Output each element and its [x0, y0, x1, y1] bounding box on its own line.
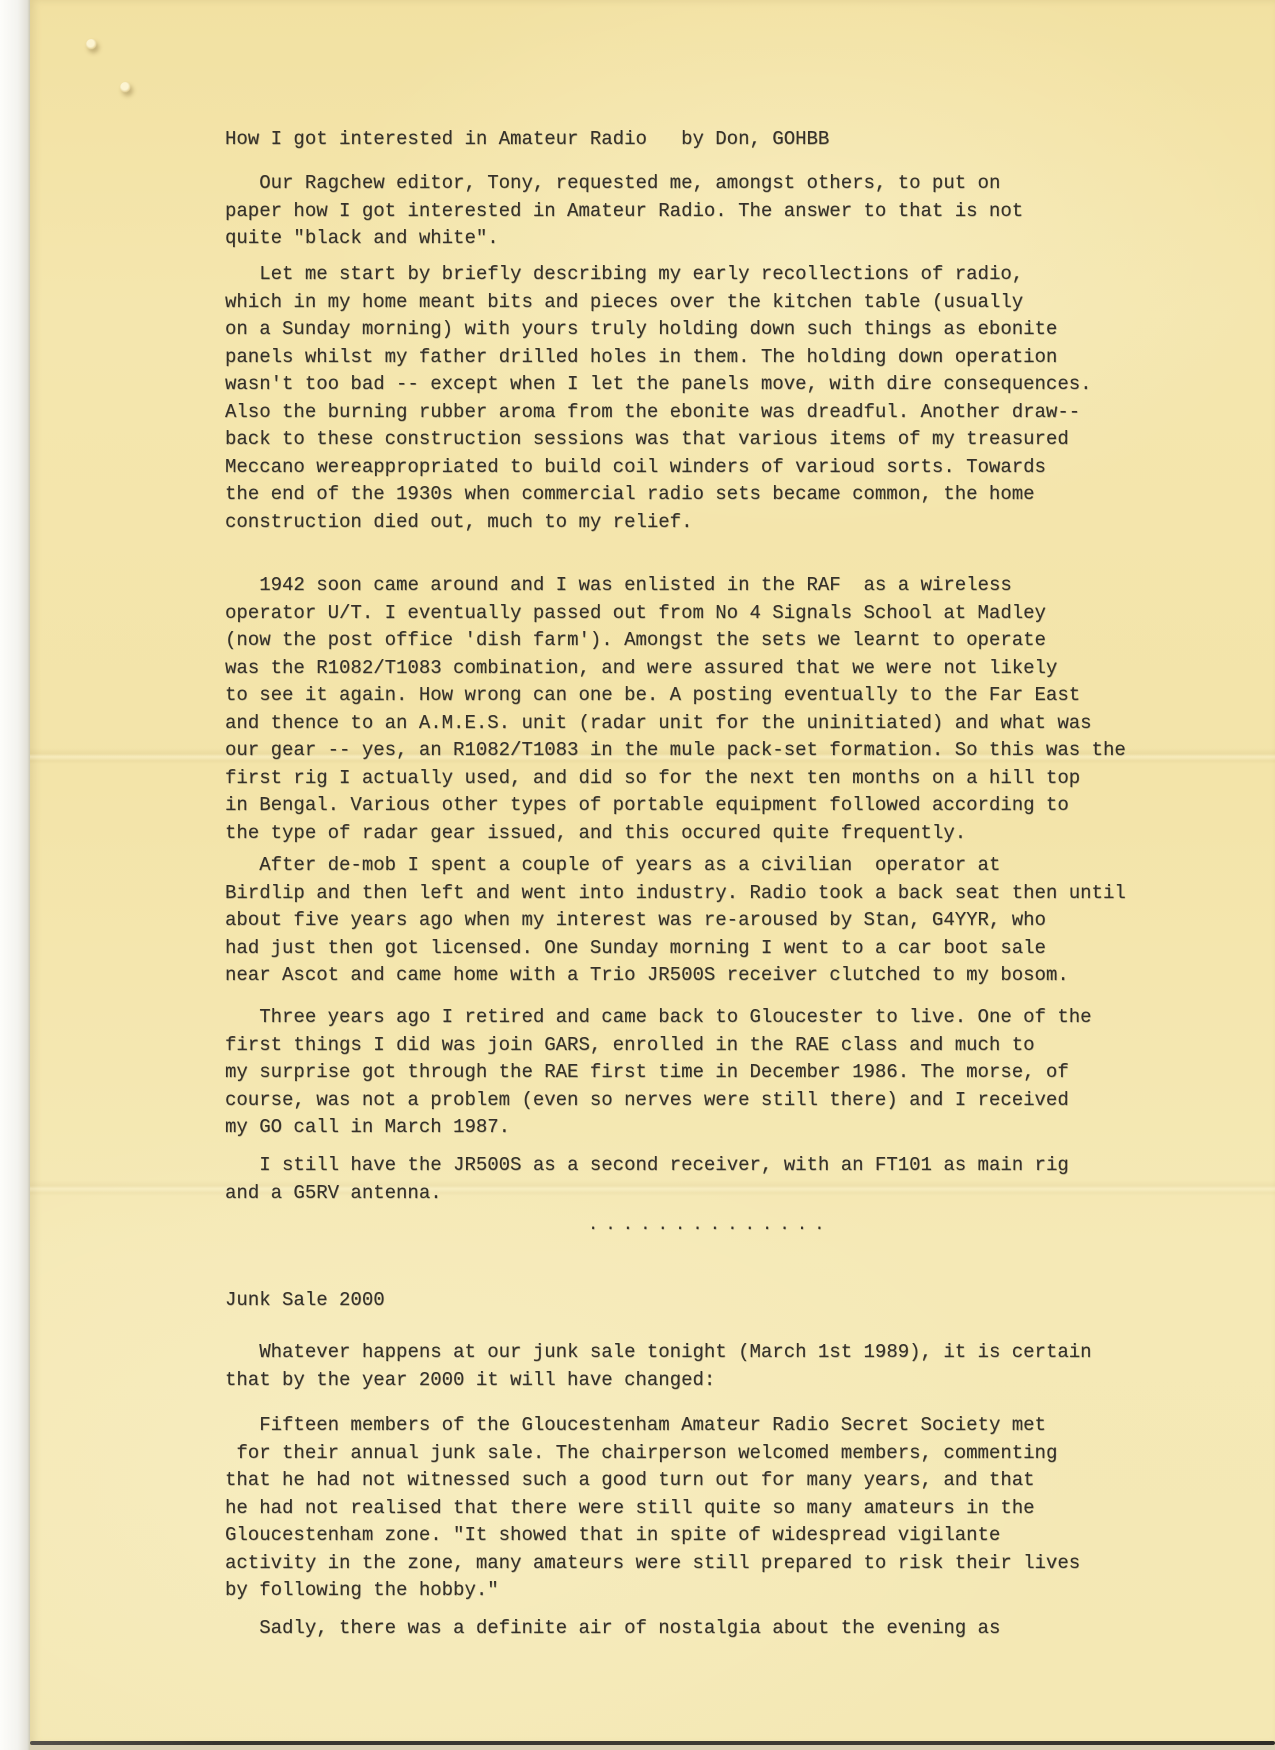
article-paragraph: Our Ragchew editor, Tony, requested me, … [225, 170, 1023, 253]
staple-hole [86, 39, 97, 50]
article-paragraph: Let me start by briefly describing my ea… [225, 261, 1092, 536]
article-paragraph: 1942 soon came around and I was enlisted… [225, 572, 1126, 847]
scanner-background [0, 0, 32, 1750]
section-paragraph: Sadly, there was a definite air of nosta… [225, 1615, 1000, 1643]
section-paragraph: Whatever happens at our junk sale tonigh… [225, 1339, 1092, 1394]
scan-bottom-margin [30, 1745, 1275, 1750]
article-title: How I got interested in Amateur Radio by… [225, 126, 829, 154]
article-paragraph: After de-mob I spent a couple of years a… [225, 852, 1126, 990]
section-title: Junk Sale 2000 [225, 1287, 385, 1315]
dotted-separator: .............. [588, 1212, 832, 1240]
article-paragraph: Three years ago I retired and came back … [225, 1004, 1092, 1142]
staple-hole [120, 82, 131, 93]
section-paragraph: Fifteen members of the Gloucestenham Ama… [225, 1412, 1080, 1605]
article-paragraph: I still have the JR500S as a second rece… [225, 1152, 1069, 1207]
